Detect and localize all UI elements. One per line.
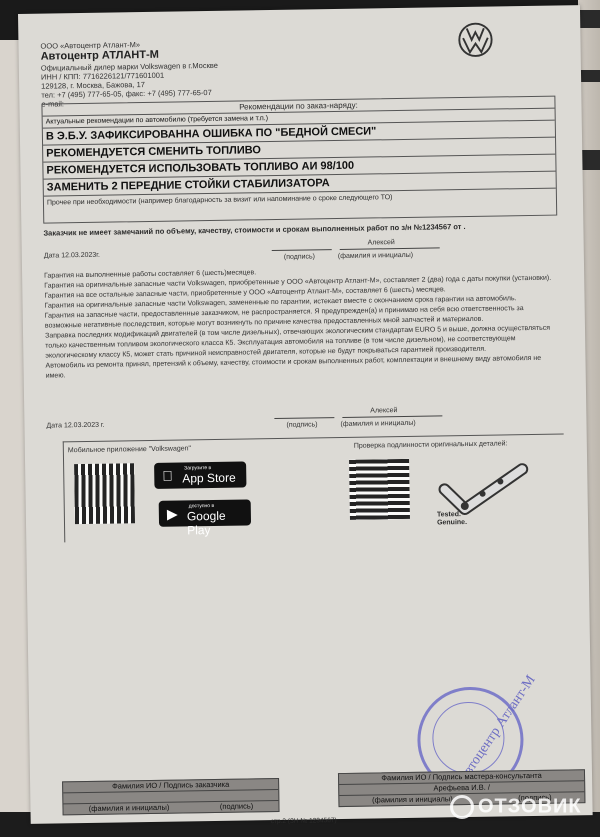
name-caption: (фамилия и инициалы): [338, 251, 413, 262]
master-name-caption: (фамилия и инициалы): [372, 794, 453, 805]
volkswagen-logo-icon: [456, 21, 495, 60]
background-block: [578, 70, 600, 82]
apple-icon: : [162, 468, 173, 484]
customer-name: Алексей: [370, 406, 397, 416]
otzovik-logo-icon: [450, 795, 474, 819]
google-play-button[interactable]: ▶ доступно в Google Play: [159, 499, 251, 526]
customer-signature-table: Фамилия ИО / Подпись заказчика (фамилия …: [62, 778, 280, 815]
customer-sign-caption: (подпись): [220, 801, 254, 812]
acceptance-statement: Заказчик не имеет замечаний по объему, к…: [43, 220, 563, 237]
badge-line2: Genuine.: [437, 519, 467, 527]
name-caption: (фамилия и инициалы): [340, 419, 415, 430]
customer-captions: (фамилия и инициалы) (подпись): [63, 801, 278, 814]
parts-check-title: Проверка подлинности оригинальных детале…: [354, 439, 508, 451]
signature-line: [272, 249, 332, 251]
app-store-label: App Store: [182, 471, 236, 486]
otzovik-watermark: ОТЗОВИК: [450, 795, 582, 819]
parts-qr-code[interactable]: [349, 459, 410, 520]
google-play-label: Google Play: [187, 508, 251, 537]
page-footer: стр.2 (ЗН № 1234567): [271, 817, 337, 825]
app-qr-code[interactable]: [74, 463, 135, 524]
customer-name: Алексей: [368, 238, 395, 248]
warranty-text: Гарантия на выполненные работы составляе…: [44, 264, 562, 382]
recommendations-box: Рекомендации по заказ-наряду: Актуальные…: [41, 96, 557, 224]
signature-line: [274, 417, 334, 419]
phones: тел: +7 (495) 777-65-05, факс: +7 (495) …: [41, 88, 212, 100]
signature-caption: (подпись): [284, 252, 315, 262]
background-block: [578, 10, 600, 28]
signature-caption: (подпись): [286, 420, 317, 430]
customer-name-caption: (фамилия и инициалы): [89, 803, 170, 814]
tested-genuine-label: Tested. Genuine.: [437, 511, 467, 527]
document-page: ООО «Автоцентр Атлант-М» Автоцентр АТЛАН…: [18, 5, 593, 824]
acceptance-date: Дата 12.03.2023г.: [44, 251, 100, 262]
company-name: Автоцентр АТЛАНТ-М: [41, 49, 159, 63]
google-play-icon: ▶: [167, 506, 178, 523]
apps-section: Мобильное приложение "Volkswagen"  Загр…: [63, 433, 566, 542]
app-store-button[interactable]:  Загрузите в App Store: [154, 461, 246, 488]
acceptance-date-2: Дата 12.03.2023 г.: [46, 421, 104, 432]
watermark-text: ОТЗОВИК: [478, 795, 582, 817]
mobile-app-title: Мобильное приложение "Volkswagen": [68, 444, 191, 456]
